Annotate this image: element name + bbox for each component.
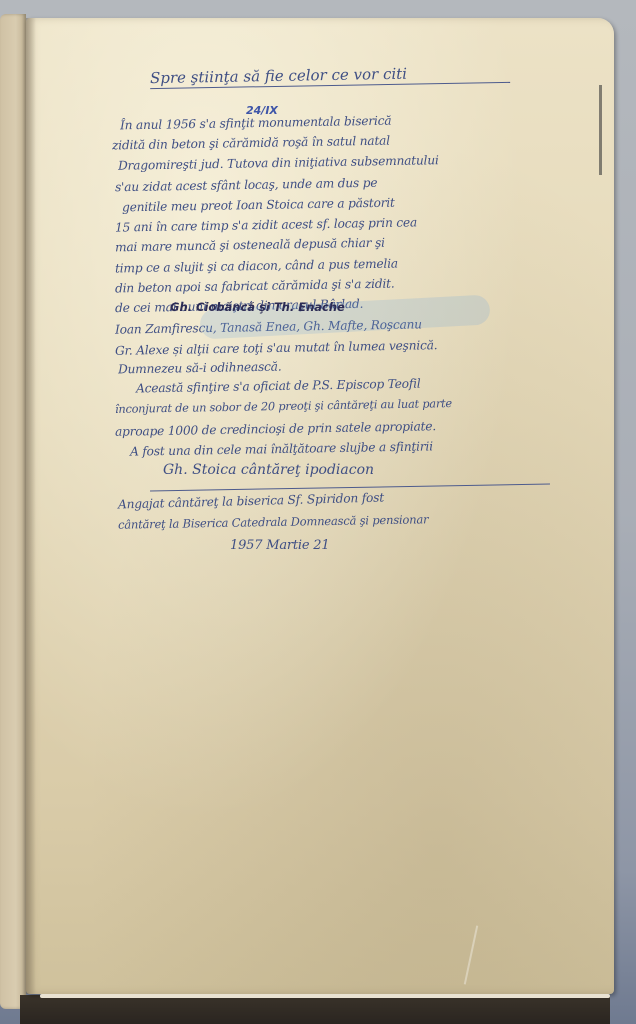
previous-page-edge (0, 14, 26, 1009)
closing-date: 1957 Martie 21 (230, 538, 329, 553)
page-gutter (26, 18, 36, 994)
spine-mark (599, 85, 602, 175)
overwritten-names: Gh. Ciobăncă şi Th. Enache (170, 300, 345, 314)
book-shadow (20, 995, 610, 1024)
body-line: Dumnezeu să-i odihnească. (118, 360, 282, 377)
signature: Gh. Stoica cântăreţ ipodiacon (163, 462, 374, 478)
page-bottom-edge (40, 994, 610, 998)
